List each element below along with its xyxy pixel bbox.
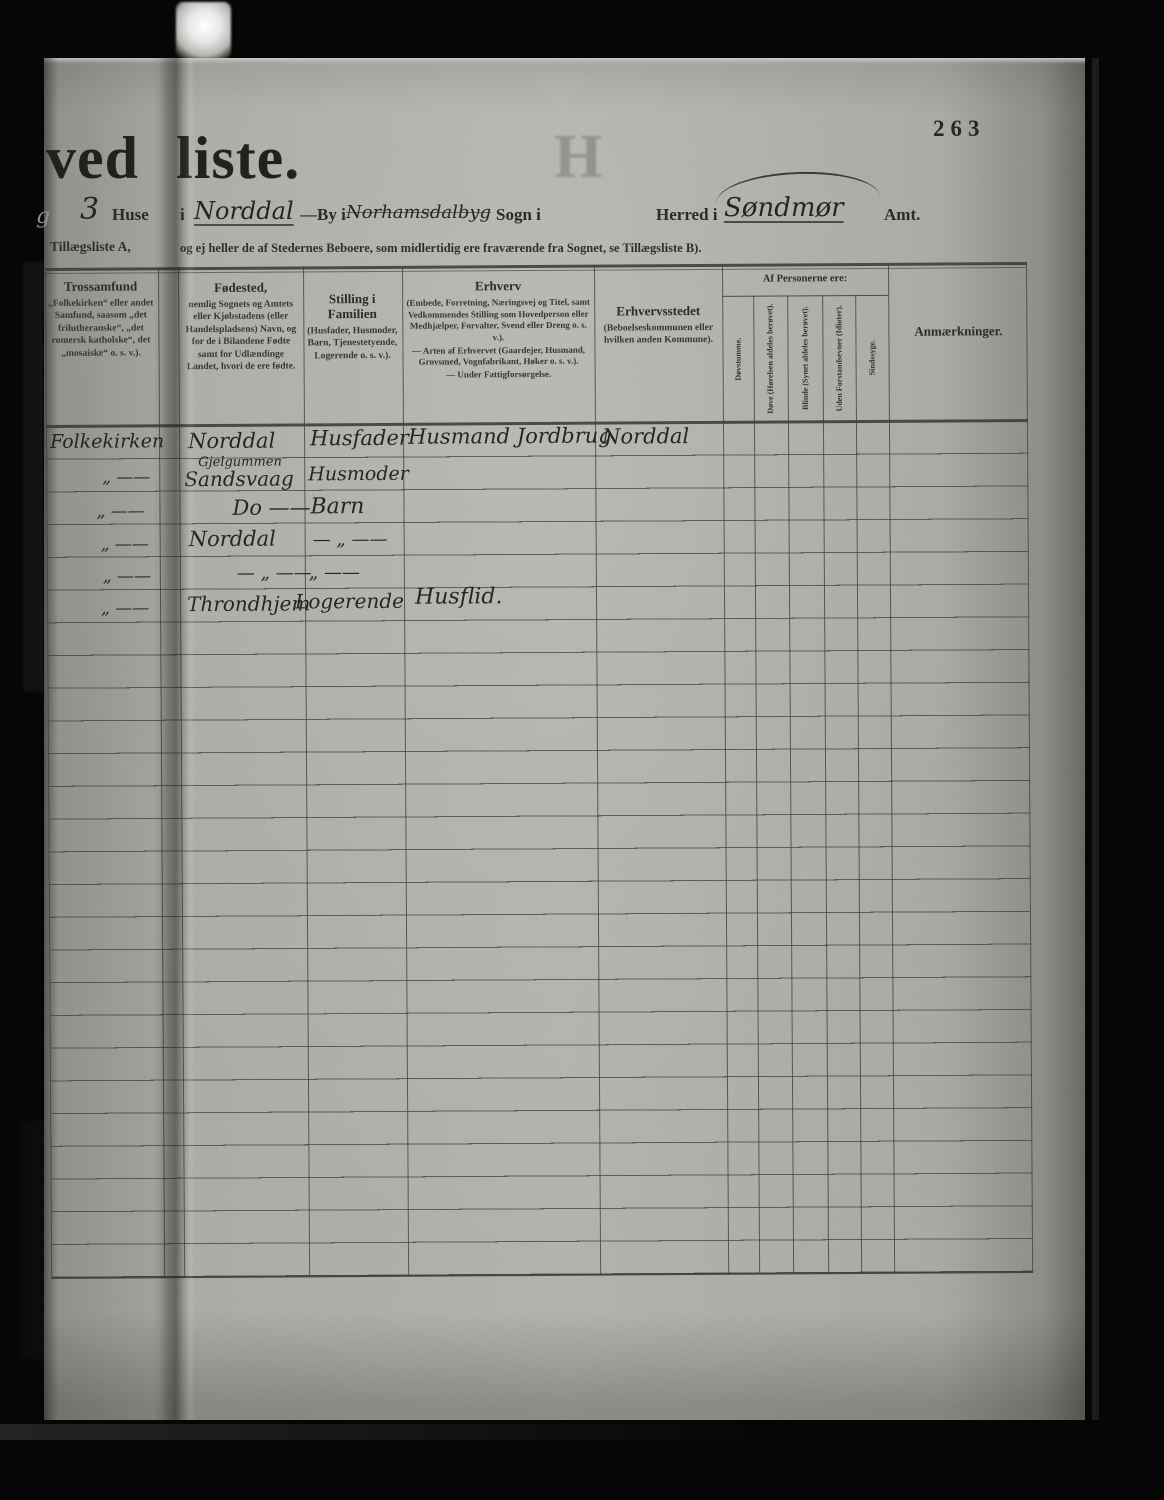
column-header-stilling: Stilling i Familien (Husfader, Husmoder,… xyxy=(306,292,398,363)
col-title: Erhvervsstedet xyxy=(597,304,719,320)
col-title: Stilling i Familien xyxy=(306,292,398,322)
subcol-label: Døve (Hørelsen aldeles berøvet). xyxy=(765,304,775,414)
col-title: Trossamfund xyxy=(45,279,156,295)
parish-handwritten: Norhamsdalbyg xyxy=(346,202,491,223)
amt-handwritten: Søndmør xyxy=(724,193,844,223)
label-by-i: —By i xyxy=(300,205,346,225)
entry-fodested: Sandsvaag xyxy=(184,466,294,491)
col-title: Fødested, xyxy=(182,280,299,296)
entry-stilling: Barn xyxy=(310,494,364,519)
entry-erhverv: Husmand Jordbrug xyxy=(408,424,612,449)
label-huse: Huse xyxy=(112,205,149,225)
column-header-af-personerne: Af Personerne ere: xyxy=(722,273,888,286)
form-header-line: g 3 Huse i Norddal —By i Norhamsdalbyg S… xyxy=(44,196,1085,242)
entry-fodested-ditto: — „ —— xyxy=(237,562,312,583)
col-desc: (Husfader, Husmoder, Barn, Tjenestetyend… xyxy=(306,325,398,363)
film-bottom-strip xyxy=(0,1424,760,1440)
subcol-label: Blinde (Synet aldeles berøvet). xyxy=(800,307,810,411)
entry-erhvervssted: Norddal xyxy=(602,424,689,449)
entry-stilling-ditto: „ —— xyxy=(309,562,360,583)
col-desc: „Folkekirken“ eller andet Samfund, saaso… xyxy=(45,297,156,360)
entry-stilling-ditto: — „ —— xyxy=(313,529,388,550)
note-right: og ej heller de af Stedernes Beboere, so… xyxy=(180,241,701,256)
entry-stilling: Husfader xyxy=(310,426,409,451)
label-i: i xyxy=(180,205,185,225)
entry-stilling: Husmoder xyxy=(308,463,409,486)
label-amt: Amt. xyxy=(884,205,920,225)
subcol-label: Døvstumme. xyxy=(733,337,743,380)
entry-trossamfund-ditto: „ —— xyxy=(102,467,150,487)
book-edge-line xyxy=(1092,58,1099,1420)
title-fragment-liste: liste. xyxy=(176,124,300,193)
subcolumn-blinde: Blinde (Synet aldeles berøvet). xyxy=(787,299,823,417)
column-header-trossamfund: Trossamfund „Folkekirken“ eller andet Sa… xyxy=(45,279,156,360)
cut-letter: g xyxy=(36,204,50,229)
subcolumn-dove: Døve (Hørelsen aldeles berøvet). xyxy=(753,299,788,417)
entry-fodested: Norddal xyxy=(188,429,275,454)
note-left: Tillægsliste A, xyxy=(50,239,131,255)
entry-stilling: Logerende xyxy=(295,589,404,614)
scanned-census-page: 263 ved liste. H g 3 Huse i Norddal —By … xyxy=(44,58,1085,1420)
col-desc: nemlig Sognets og Amtets eller Kjøbstade… xyxy=(182,298,299,374)
census-table: Trossamfund „Folkekirken“ eller andet Sa… xyxy=(45,262,1033,1278)
entry-fodested: Throndhjem xyxy=(187,591,311,616)
col-desc: (Beboelseskommunen eller hvilken anden K… xyxy=(597,322,719,348)
entry-trossamfund-ditto: „ —— xyxy=(101,534,149,554)
column-header-erhverv: Erhverv (Embede, Forretning, Næringsvej … xyxy=(405,279,592,382)
subcolumn-dovstumme: Døvstumme. xyxy=(722,300,754,418)
entry-trossamfund-ditto: „ —— xyxy=(101,598,149,618)
col-desc: (Embede, Forretning, Næringsvej og Titel… xyxy=(405,297,591,345)
entry-trossamfund-ditto: „ —— xyxy=(103,566,151,586)
page-number: 263 xyxy=(933,116,986,142)
entry-trossamfund-ditto: „ —— xyxy=(96,501,144,521)
paper-top-edge xyxy=(44,58,1085,64)
col-desc: — Under Fattigforsørgelse. xyxy=(406,369,592,382)
title-fragment-ved: ved xyxy=(46,124,139,193)
label-herred-i: Herred i xyxy=(656,205,718,225)
house-count-handwritten: 3 xyxy=(80,192,99,227)
subcol-label: Uden Forstandsevner (Idioter). xyxy=(834,305,844,411)
column-header-erhvervsstedet: Erhvervsstedet (Beboelseskommunen eller … xyxy=(597,304,719,348)
film-white-patch xyxy=(176,2,231,59)
label-sogn-i: Sogn i xyxy=(496,205,541,225)
entry-trossamfund: Folkekirken xyxy=(50,430,164,453)
subcolumn-sindssyge: Sindssyge. xyxy=(855,299,889,417)
col-title: Af Personerne ere: xyxy=(722,273,888,286)
entry-erhverv: Husflid. xyxy=(415,584,503,610)
col-title: Anmærkninger. xyxy=(890,324,1026,340)
subcolumn-uden-forstandsevner: Uden Forstandsevner (Idioter). xyxy=(822,299,856,417)
film-scratch-streak xyxy=(20,1120,44,1360)
subcol-label: Sindssyge. xyxy=(867,340,877,375)
entry-fodested-ditto: Do —— xyxy=(232,495,310,519)
column-header-anmaerkninger: Anmærkninger. xyxy=(890,324,1026,340)
title-ghost-h: H xyxy=(554,122,602,193)
af-personerne-underline xyxy=(722,295,888,297)
col-title: Erhverv xyxy=(405,279,591,295)
column-header-fodested: Fødested, nemlig Sognets og Amtets eller… xyxy=(182,280,300,373)
place-handwritten: Norddal xyxy=(194,197,294,225)
note-line: Tillægsliste A, og ej heller de af Stede… xyxy=(44,239,1085,259)
film-scratch-streak xyxy=(22,262,44,692)
col-desc: — Arten af Erhvervet (Gaardejer, Husmand… xyxy=(405,344,591,369)
entry-fodested: Norddal xyxy=(189,527,276,552)
